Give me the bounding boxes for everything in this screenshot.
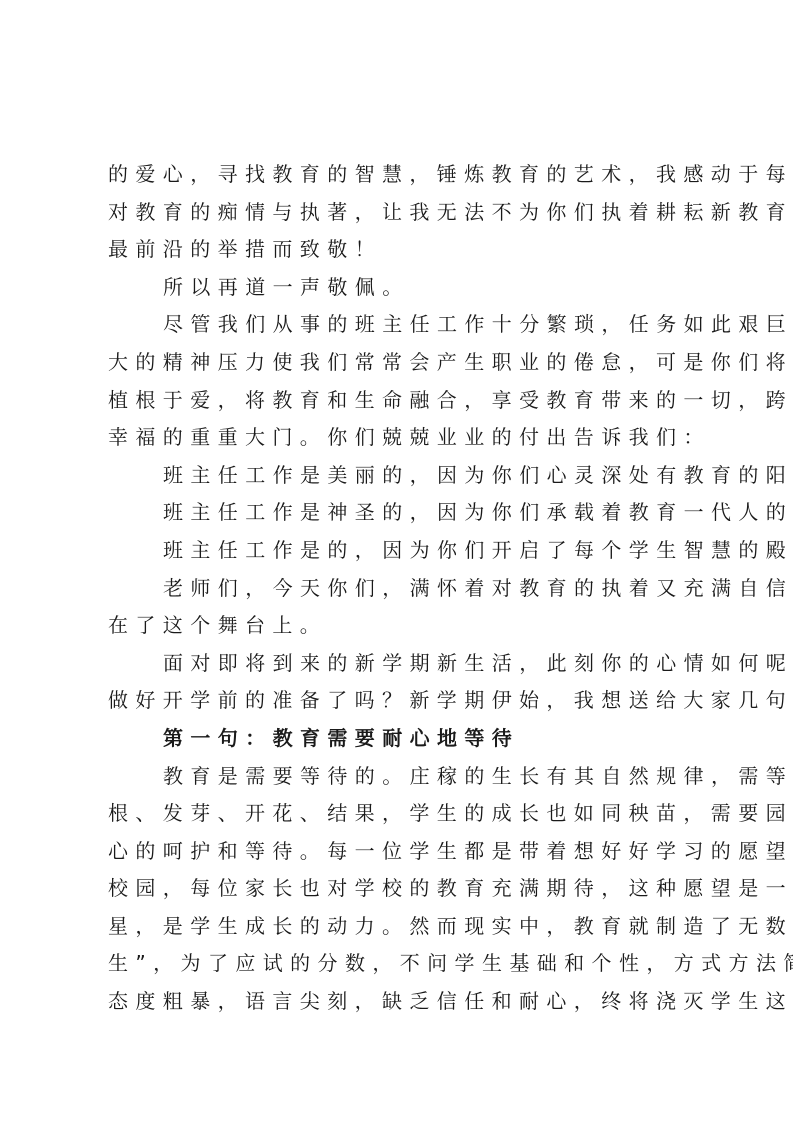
text-line: 老师们，今天你们，满怀着对教育的执着又充满自信地站 (108, 570, 688, 608)
text-line: 的爱心，寻找教育的智慧，锤炼教育的艺术，我感动于每一份 (108, 156, 688, 194)
text-line: 尽管我们从事的班主任工作十分繁琐，任务如此艰巨，巨 (108, 306, 688, 344)
text-line: 幸福的重重大门。你们兢兢业业的付出告诉我们： (108, 419, 688, 457)
text-line: 对教育的痴情与执著，让我无法不为你们执着耕耘新教育改革 (108, 194, 688, 232)
text-line: 心的呵护和等待。每一位学生都是带着想好好学习的愿望来到 (108, 833, 688, 871)
text-line: 态度粗暴，语言尖刻，缺乏信任和耐心，终将浇灭学生这颗美 (108, 983, 688, 1021)
text-line: 星，是学生成长的动力。然而现实中，教育就制造了无数的“差 (108, 908, 688, 946)
text-line: 做好开学前的准备了吗？新学期伊始，我想送给大家几句话： (108, 682, 688, 720)
text-line: 生”，为了应试的分数，不问学生基础和个性，方式方法简单， (108, 945, 688, 983)
text-line: 在了这个舞台上。 (108, 607, 688, 645)
text-line: 教育是需要等待的。庄稼的生长有其自然规律，需等待生 (108, 758, 688, 796)
text-line: 最前沿的举措而致敬！ (108, 231, 688, 269)
text-line: 校园，每位家长也对学校的教育充满期待，这种愿望是一颗火 (108, 870, 688, 908)
document-body: 的爱心，寻找教育的智慧，锤炼教育的艺术，我感动于每一份 对教育的痴情与执著，让我… (108, 156, 688, 1021)
text-line: 所以再道一声敬佩。 (108, 269, 688, 307)
text-line: 大的精神压力使我们常常会产生职业的倦怠，可是你们将教育 (108, 344, 688, 382)
section-heading: 第一句：教育需要耐心地等待 (108, 720, 688, 758)
text-line: 面对即将到来的新学期新生活，此刻你的心情如何呢？你 (108, 645, 688, 683)
document-page: 的爱心，寻找教育的智慧，锤炼教育的艺术，我感动于每一份 对教育的痴情与执著，让我… (0, 0, 793, 1122)
text-line: 根、发芽、开花、结果，学生的成长也如同秧苗，需要园丁耐 (108, 795, 688, 833)
text-line: 班主任工作是美丽的，因为你们心灵深处有教育的阳光！ (108, 457, 688, 495)
text-line: 班主任工作是的，因为你们开启了每个学生智慧的殿堂！ (108, 532, 688, 570)
text-line: 班主任工作是神圣的，因为你们承载着教育一代人的希望！ (108, 494, 688, 532)
text-line: 植根于爱，将教育和生命融合，享受教育带来的一切，跨越了 (108, 382, 688, 420)
